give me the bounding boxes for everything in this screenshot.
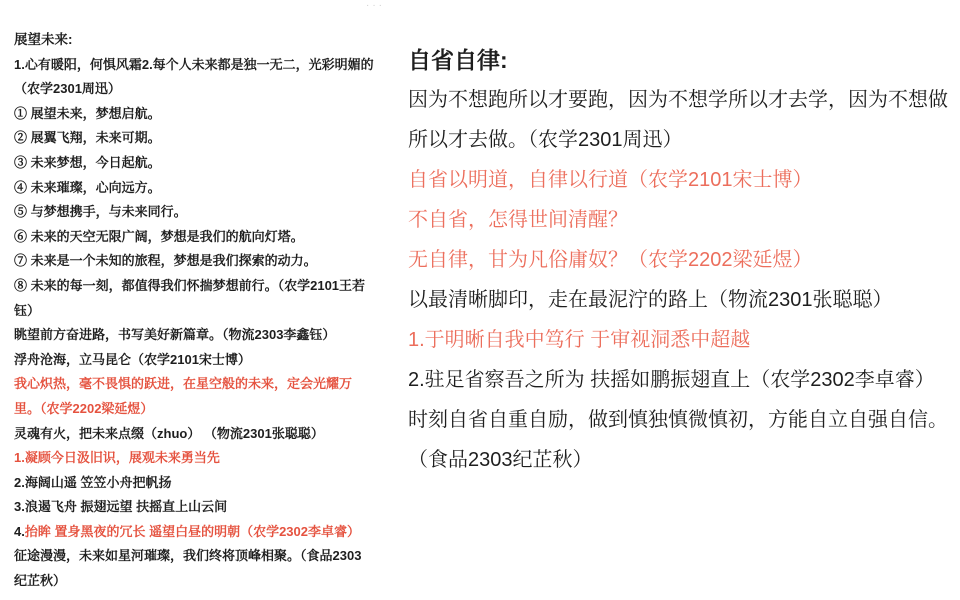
red-text-segment: 不自省，怎得世间清醒？	[408, 209, 628, 231]
red-text-segment: 我心炽热，毫不畏惧的跃进，在星空般的未来，定会光耀万	[14, 376, 352, 391]
text-line: 所以才去做。（农学2301周迅）	[408, 120, 960, 160]
text-line: 眺望前方奋进路，书写美好新篇章。（物流2303李鑫钰）	[14, 323, 386, 348]
black-text-segment: 灵魂有火，把未来点缀（zhuo） （物流2301张聪聪）	[14, 426, 324, 441]
black-text-segment: 2.驻足省察吾之所为 扶摇如鹏振翅直上（农学2302李卓睿）	[408, 369, 935, 391]
black-text-segment: 浮舟沧海，立马昆仑（农学2101宋士博）	[14, 352, 251, 367]
text-line: ④ 未来璀璨，心向远方。	[14, 176, 386, 201]
page-top-dots: ···	[366, 0, 385, 12]
text-line: 1.心有暖阳，何惧风霜2.每个人未来都是独一无二，光彩明媚的	[14, 53, 386, 78]
left-column-heading: 展望未来:	[14, 28, 386, 53]
text-line: ② 展翼飞翔，未来可期。	[14, 126, 386, 151]
text-line: 里。（农学2202梁延煜）	[14, 397, 386, 422]
left-column-future-outlook: 展望未来: 1.心有暖阳，何惧风霜2.每个人未来都是独一无二，光彩明媚的（农学2…	[14, 28, 386, 594]
text-line: （农学2301周迅）	[14, 77, 386, 102]
red-text-segment: 1.凝顾今日汲旧识，展观未来勇当先	[14, 450, 220, 465]
right-column-heading: 自省自律:	[408, 40, 960, 80]
text-line: ① 展望未来，梦想启航。	[14, 102, 386, 127]
text-line: ⑧ 未来的每一刻，都值得我们怀揣梦想前行。（农学2101王若	[14, 274, 386, 299]
black-text-segment: 3.浪遏飞舟 振翅远望 扶摇直上山云间	[14, 499, 227, 514]
red-text-segment: 自省以明道，自律以行道（农学2101宋士博）	[408, 169, 813, 191]
black-text-segment: ① 展望未来，梦想启航。	[14, 106, 161, 121]
black-text-segment: ④ 未来璀璨，心向远方。	[14, 180, 161, 195]
text-line: 1.于明晰自我中笃行 于审视洞悉中超越	[408, 320, 960, 360]
text-line: （食品2303纪芷秋）	[408, 440, 960, 480]
text-line: 纪芷秋）	[14, 569, 386, 594]
black-text-segment: ⑥ 未来的天空无限广阔，梦想是我们的航向灯塔。	[14, 229, 304, 244]
black-text-segment: ② 展翼飞翔，未来可期。	[14, 130, 161, 145]
black-text-segment: 以最清晰脚印，走在最泥泞的路上（物流2301张聪聪）	[408, 289, 893, 311]
left-column-lines: 1.心有暖阳，何惧风霜2.每个人未来都是独一无二，光彩明媚的（农学2301周迅）…	[14, 53, 386, 594]
right-column-lines: 因为不想跑所以才要跑，因为不想学所以才去学，因为不想做所以才去做。（农学2301…	[408, 80, 960, 480]
text-line: 时刻自省自重自励，做到慎独慎微慎初，方能自立自强自信。	[408, 400, 960, 440]
text-line: ⑤ 与梦想携手，与未来同行。	[14, 200, 386, 225]
text-line: 2.海阔山遥 笠笠小舟把帆扬	[14, 471, 386, 496]
black-text-segment: ⑤ 与梦想携手，与未来同行。	[14, 204, 187, 219]
text-line: 浮舟沧海，立马昆仑（农学2101宋士博）	[14, 348, 386, 373]
text-line: 钰）	[14, 299, 386, 324]
text-line: ③ 未来梦想，今日起航。	[14, 151, 386, 176]
text-line: 4.抬眸 置身黑夜的冗长 遥望白昼的明朝（农学2302李卓睿）	[14, 520, 386, 545]
black-text-segment: 钰）	[14, 303, 40, 318]
text-line: 2.驻足省察吾之所为 扶摇如鹏振翅直上（农学2302李卓睿）	[408, 360, 960, 400]
black-text-segment: 1.心有暖阳，何惧风霜2.每个人未来都是独一无二，光彩明媚的	[14, 57, 374, 72]
text-line: 自省以明道，自律以行道（农学2101宋士博）	[408, 160, 960, 200]
text-line: 征途漫漫，未来如星河璀璨，我们终将顶峰相聚。（食品2303	[14, 544, 386, 569]
black-text-segment: （食品2303纪芷秋）	[408, 449, 593, 471]
text-line: 无自律，甘为凡俗庸奴？（农学2202梁延煜）	[408, 240, 960, 280]
text-line: 灵魂有火，把未来点缀（zhuo） （物流2301张聪聪）	[14, 422, 386, 447]
black-text-segment: 2.海阔山遥 笠笠小舟把帆扬	[14, 475, 171, 490]
black-text-segment: ③ 未来梦想，今日起航。	[14, 155, 161, 170]
black-text-segment: 时刻自省自重自励，做到慎独慎微慎初，方能自立自强自信。	[408, 409, 948, 431]
black-text-segment: 纪芷秋）	[14, 573, 66, 588]
black-text-segment: 眺望前方奋进路，书写美好新篇章。（物流2303李鑫钰）	[14, 327, 335, 342]
text-line: 3.浪遏飞舟 振翅远望 扶摇直上山云间	[14, 495, 386, 520]
text-line: 我心炽热，毫不畏惧的跃进，在星空般的未来，定会光耀万	[14, 372, 386, 397]
black-text-segment: 因为不想跑所以才要跑，因为不想学所以才去学，因为不想做	[408, 89, 948, 111]
black-text-segment: 征途漫漫，未来如星河璀璨，我们终将顶峰相聚。（食品2303	[14, 548, 361, 563]
red-text-segment: 抬眸 置身黑夜的冗长 遥望白昼的明朝（农学2302李卓睿）	[25, 524, 360, 539]
black-text-segment: 所以才去做。（农学2301周迅）	[408, 129, 683, 151]
text-line: 因为不想跑所以才要跑，因为不想学所以才去学，因为不想做	[408, 80, 960, 120]
right-column-self-discipline: 自省自律: 因为不想跑所以才要跑，因为不想学所以才去学，因为不想做所以才去做。（…	[408, 40, 960, 480]
red-text-segment: 里。（农学2202梁延煜）	[14, 401, 153, 416]
red-text-segment: 1.于明晰自我中笃行 于审视洞悉中超越	[408, 329, 750, 351]
text-line: 1.凝顾今日汲旧识，展观未来勇当先	[14, 446, 386, 471]
text-line: 不自省，怎得世间清醒？	[408, 200, 960, 240]
black-text-segment: ⑦ 未来是一个未知的旅程，梦想是我们探索的动力。	[14, 253, 317, 268]
black-text-segment: ⑧ 未来的每一刻，都值得我们怀揣梦想前行。（农学2101王若	[14, 278, 365, 293]
text-line: ⑦ 未来是一个未知的旅程，梦想是我们探索的动力。	[14, 249, 386, 274]
text-line: 以最清晰脚印，走在最泥泞的路上（物流2301张聪聪）	[408, 280, 960, 320]
text-line: ⑥ 未来的天空无限广阔，梦想是我们的航向灯塔。	[14, 225, 386, 250]
black-text-segment: 4.	[14, 524, 25, 539]
red-text-segment: 无自律，甘为凡俗庸奴？（农学2202梁延煜）	[408, 249, 813, 271]
black-text-segment: （农学2301周迅）	[14, 81, 121, 96]
